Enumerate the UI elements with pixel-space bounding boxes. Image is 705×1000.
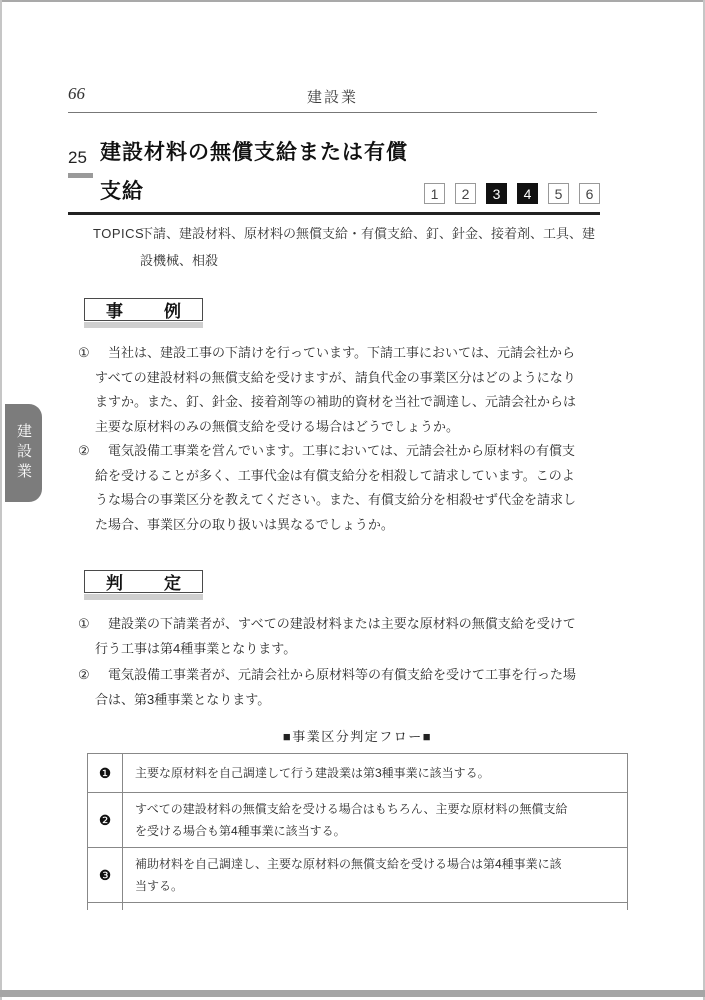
- judgment-item-2: ② 電気設備工事業者が、元請会社から原材料等の有償支給を受けて工事を行った場 合…: [78, 663, 597, 712]
- unit-tab-4: 4: [517, 183, 538, 204]
- flow-row-1-text: 主要な原材料を自己調達して行う建設業は第3種事業に該当する。: [135, 762, 490, 784]
- page-edge-bottom: [0, 990, 705, 997]
- page-title-line1: 建設材料の無償支給または有償: [100, 134, 520, 173]
- flow-row-4-clipped: [88, 903, 627, 910]
- unit-tab-5: 5: [548, 183, 569, 204]
- case-item-2-marker: ②: [78, 439, 90, 464]
- title-rule: [68, 212, 600, 215]
- chapter-side-tab-label: 建設業: [13, 423, 34, 483]
- flow-title: ■事業区分判定フロー■: [87, 726, 628, 745]
- flow-row-2-text: すべての建設材料の無償支給を受ける場合はもちろん、主要な原材料の無償支給 を受け…: [135, 798, 567, 842]
- unit-tab-6: 6: [579, 183, 600, 204]
- judgment-item-2-marker: ②: [78, 663, 90, 688]
- case-item-2: ② 電気設備工事業を営んでいます。工事においては、元請会社から原材料の有償支 給…: [78, 439, 597, 537]
- case-heading-shadow: [84, 322, 203, 328]
- flow-row-3-marker: ❸: [88, 848, 123, 902]
- flow-row-2: ❷ すべての建設材料の無償支給を受ける場合はもちろん、主要な原材料の無償支給 を…: [88, 793, 627, 848]
- book-page: 66 建設業 25 建設材料の無償支給または有償 支給 1 2 3 4 5 6 …: [0, 0, 705, 1000]
- case-item-1-marker: ①: [78, 341, 90, 366]
- judgment-item-1-text: 建設業の下請業者が、すべての建設材料または主要な原材料の無償支給を受けて 行う工…: [95, 612, 597, 661]
- topics-label: TOPICS: [93, 220, 144, 247]
- judgment-heading-shadow: [84, 594, 203, 600]
- chapter-side-tab: 建設業: [5, 404, 42, 502]
- unit-number-tabs: 1 2 3 4 5 6: [424, 183, 600, 204]
- judgment-heading: 判 定: [84, 570, 203, 593]
- unit-tab-1: 1: [424, 183, 445, 204]
- topics-text: 下請、建設材料、原材料の無償支給・有償支給、釘、針金、接着剤、工具、建 設機械、…: [140, 220, 597, 274]
- judgment-item-1: ① 建設業の下請業者が、すべての建設材料または主要な原材料の無償支給を受けて 行…: [78, 612, 597, 661]
- flow-table: ❶ 主要な原材料を自己調達して行う建設業は第3種事業に該当する。 ❷ すべての建…: [87, 753, 628, 910]
- section-number: 25: [68, 148, 87, 168]
- section-number-underline: [68, 173, 93, 178]
- unit-tab-3: 3: [486, 183, 507, 204]
- header-rule: [68, 112, 597, 113]
- flow-row-2-marker: ❷: [88, 793, 123, 847]
- flow-row-1: ❶ 主要な原材料を自己調達して行う建設業は第3種事業に該当する。: [88, 754, 627, 793]
- unit-tab-2: 2: [455, 183, 476, 204]
- flow-row-3-text: 補助材料を自己調達し、主要な原材料の無償支給を受ける場合は第4種事業に該 当する…: [135, 853, 562, 897]
- flow-row-3: ❸ 補助材料を自己調達し、主要な原材料の無償支給を受ける場合は第4種事業に該 当…: [88, 848, 627, 903]
- page-edge-top: [0, 0, 705, 2]
- judgment-item-2-text: 電気設備工事業者が、元請会社から原材料等の有償支給を受けて工事を行った場 合は、…: [95, 663, 597, 712]
- case-item-1-text: 当社は、建設工事の下請けを行っています。下請工事においては、元請会社から すべて…: [95, 341, 597, 439]
- case-item-1: ① 当社は、建設工事の下請けを行っています。下請工事においては、元請会社から す…: [78, 341, 597, 439]
- case-heading: 事 例: [84, 298, 203, 321]
- page-edge-left: [0, 0, 2, 1000]
- running-header: 建設業: [68, 86, 597, 107]
- case-item-2-text: 電気設備工事業を営んでいます。工事においては、元請会社から原材料の有償支 給を受…: [95, 439, 597, 537]
- judgment-item-1-marker: ①: [78, 612, 90, 637]
- flow-row-1-marker: ❶: [88, 754, 123, 792]
